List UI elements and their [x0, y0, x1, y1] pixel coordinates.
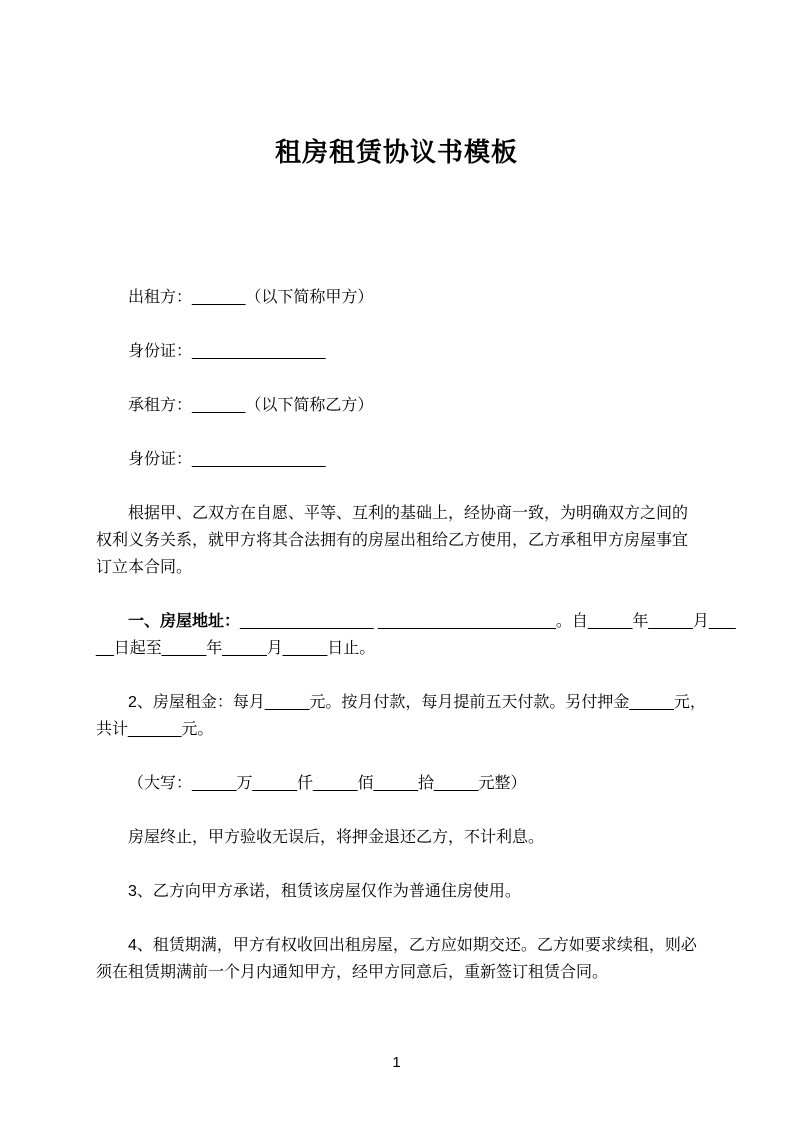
page-number: 1: [0, 1054, 793, 1072]
paragraph-lessor-id: 身份证：_______________: [96, 338, 697, 365]
clause-address-heading: 一、房屋地址：: [128, 613, 240, 630]
text-line: 4、租赁期满，甲方有权收回出租房屋，乙方应如期交还。乙方如要求续租，则必: [96, 932, 697, 959]
document-title: 租房租赁协议书模板: [96, 132, 697, 172]
paragraph-clause-rent: 2、房屋租金：每月_____元。按月付款，每月提前五天付款。另付押金_____元…: [96, 689, 697, 743]
text-line: 身份证：_______________: [96, 338, 697, 365]
text-line: 承租方：______（以下简称乙方）: [96, 392, 697, 419]
clause-address-blanks: _______________ ____________________。自__…: [240, 613, 736, 630]
text-line: 房屋终止，甲方验收无误后，将押金退还乙方，不计利息。: [96, 824, 697, 851]
paragraph-clause-usage: 3、乙方向甲方承诺，租赁该房屋仅作为普通住房使用。: [96, 878, 697, 905]
text-line: 须在租赁期满前一个月内通知甲方，经甲方同意后，重新签订租赁合同。: [96, 959, 697, 986]
text-line: 共计______元。: [96, 716, 697, 743]
paragraph-lessee-id: 身份证：_______________: [96, 446, 697, 473]
text-line: 出租方：______（以下简称甲方）: [96, 284, 697, 311]
paragraph-clause-renewal: 4、租赁期满，甲方有权收回出租房屋，乙方应如期交还。乙方如要求续租，则必须在租赁…: [96, 932, 697, 986]
text-line: 根据甲、乙双方在自愿、平等、互利的基础上，经协商一致，为明确双方之间的: [96, 500, 697, 527]
document-page: 租房租赁协议书模板 出租方：______（以下简称甲方） 身份证：_______…: [0, 0, 793, 1122]
text-line: 订立本合同。: [96, 554, 697, 581]
text-line: （大写：_____万_____仟_____佰_____拾_____元整）: [96, 770, 697, 797]
text-line: 权利义务关系，就甲方将其合法拥有的房屋出租给乙方使用，乙方承租甲方房屋事宜: [96, 527, 697, 554]
paragraph-clause-deposit-return: 房屋终止，甲方验收无误后，将押金退还乙方，不计利息。: [96, 824, 697, 851]
clause-address-line2: __日起至_____年_____月_____日止。: [96, 635, 697, 662]
text-line: 2、房屋租金：每月_____元。按月付款，每月提前五天付款。另付押金_____元…: [96, 689, 697, 716]
text-line: 3、乙方向甲方承诺，租赁该房屋仅作为普通住房使用。: [96, 878, 697, 905]
paragraph-lessee: 承租方：______（以下简称乙方）: [96, 392, 697, 419]
clause-address-line1: 一、房屋地址：_______________ _________________…: [96, 608, 697, 635]
paragraph-lessor: 出租方：______（以下简称甲方）: [96, 284, 697, 311]
paragraph-preamble: 根据甲、乙双方在自愿、平等、互利的基础上，经协商一致，为明确双方之间的权利义务关…: [96, 500, 697, 581]
paragraph-clause-rent-capital: （大写：_____万_____仟_____佰_____拾_____元整）: [96, 770, 697, 797]
paragraph-clause-address: 一、房屋地址：_______________ _________________…: [96, 608, 697, 662]
text-line: 身份证：_______________: [96, 446, 697, 473]
